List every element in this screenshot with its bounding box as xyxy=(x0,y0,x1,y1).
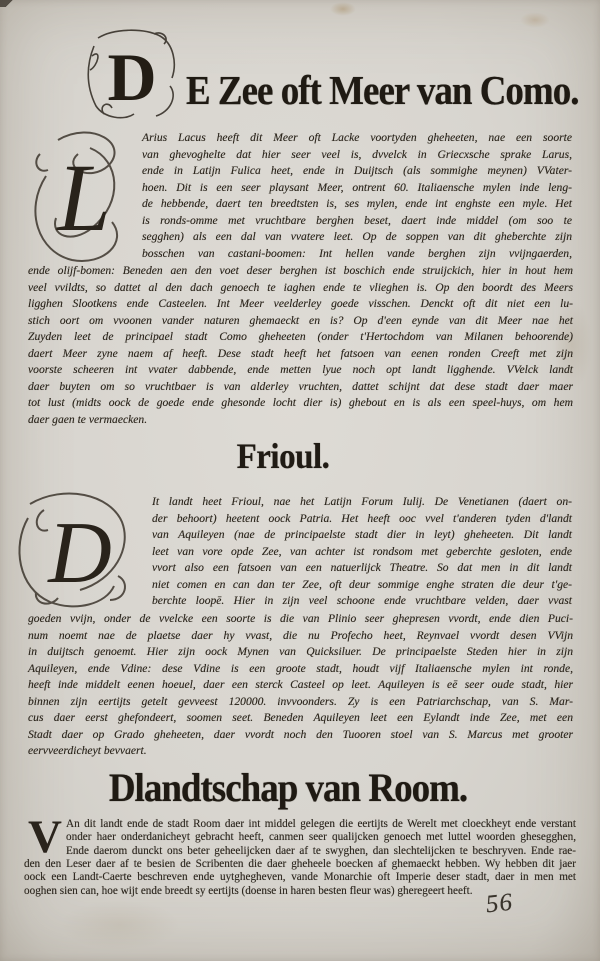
text-line: daer gaen te vermaecken. xyxy=(28,412,573,429)
text-line: ende olijf-bomen: Beneden aen den voet d… xyxy=(28,263,573,280)
text-line: oock een Landt-Caerte beschreven ende uy… xyxy=(24,871,576,884)
text-line: Zuyden leet de principael stadt Como ghe… xyxy=(28,329,573,346)
paper-stain xyxy=(330,2,356,16)
text-line: eervveerdicheyt bevvaert. xyxy=(28,743,573,760)
paragraph-frioul-full: goeden vvijn, onder de vvelcke een soort… xyxy=(28,611,573,760)
text-line: veel vvildts, so dattet al den dach geno… xyxy=(28,280,573,297)
text-line: van ghevoghelte dat hier seer veel is, d… xyxy=(142,147,572,164)
text-line: vvort also een fatsoen van een natuerlij… xyxy=(152,560,572,577)
paper-stain xyxy=(60,900,180,950)
svg-text:L: L xyxy=(55,144,110,251)
paragraph-como-indented: Arius Lacus heeft dit Meer oft Lacke voo… xyxy=(142,130,572,262)
drop-cap-l-icon: L xyxy=(28,126,140,268)
text-line: in duijtsch genoemt. Hier zijn oock Myne… xyxy=(28,644,573,661)
text-line: An dit landt ende de stadt Room daer int… xyxy=(66,818,576,831)
section-como-title: E Zee oft Meer van Como. xyxy=(186,71,579,112)
text-line: daer buyten om so vruchtbaer is van alde… xyxy=(28,379,573,396)
text-line: van Aquileyen (nae de principaelste stad… xyxy=(152,527,572,544)
text-line: onder haer onderdanicheyt gebracht heeft… xyxy=(66,831,576,844)
text-line: hoen. Dit is een seer playsant Meer, ont… xyxy=(142,180,572,197)
text-line: stich oort om vvoonen vander naturen ghe… xyxy=(28,313,573,330)
ornate-initial-d-icon: D xyxy=(84,26,180,122)
section-frioul-title: Frioul. xyxy=(0,439,566,475)
text-line: bosschen van castani-boomen: Int hellen … xyxy=(142,246,572,263)
scan-corner-mark xyxy=(0,0,16,7)
svg-text:D: D xyxy=(107,39,156,115)
svg-text:D: D xyxy=(47,505,112,602)
text-line: voorste scheeren int vvater dabbende, en… xyxy=(28,362,573,379)
text-line: tot lust (midts oock de goede ende gheso… xyxy=(28,395,573,412)
text-line: Ende daerom dunckt ons beter geheelijcke… xyxy=(66,845,576,858)
text-line: binnen zijn eertijts getelt gevveest 120… xyxy=(28,694,573,711)
text-line: segghen) als een dal van vvatere leet. O… xyxy=(142,229,572,246)
text-line: de hebbende, daert ten breedtsten is, se… xyxy=(142,196,572,213)
text-line: Arius Lacus heeft dit Meer oft Lacke voo… xyxy=(142,130,572,147)
section-como-heading: D E Zee oft Meer van Como. xyxy=(84,26,574,122)
paragraph-frioul-indented: It landt heet Frioul, nae het Latijn For… xyxy=(152,494,572,610)
text-line: is ronds-omme met vruchtbare berghen bes… xyxy=(142,213,572,230)
text-line: den den Leser daer af te besien de Scrib… xyxy=(24,858,576,871)
text-line: daert Meer zyne naem af heeft. Dese stad… xyxy=(28,346,573,363)
text-line: der behoort) heetent oock Patria. Het he… xyxy=(152,511,572,528)
section-room-title: Dlandtschap van Room. xyxy=(0,768,576,809)
text-line: ligghen Slootkens ende Casteelen. Int Me… xyxy=(28,296,573,313)
drop-cap-v-icon: V xyxy=(27,817,63,861)
drop-cap-d-icon: D xyxy=(14,488,150,616)
text-line: Stadt daer op Grado gheheeten, daer vvor… xyxy=(28,727,573,744)
page-number: 56 xyxy=(485,889,515,920)
text-line: Aquileyen, ende Vdine: dese Vdine is een… xyxy=(28,661,573,678)
text-line: It landt heet Frioul, nae het Latijn For… xyxy=(152,494,572,511)
text-line: num noemt nae de plaetse daer hy vvast, … xyxy=(28,628,573,645)
paragraph-como-full: ende olijf-bomen: Beneden aen den voet d… xyxy=(28,263,573,428)
text-line: ende in Latijn Fulica heet, ende in Duij… xyxy=(142,163,572,180)
text-line: niet comen en can dan ter Zee, oft deur … xyxy=(152,577,572,594)
text-line: leet van vore opde Zee, van achter ist r… xyxy=(152,544,572,561)
book-page: D E Zee oft Meer van Como. L Arius Lacus… xyxy=(0,0,600,961)
text-line: heeft inde middelt eenen hoeuel, daer ee… xyxy=(28,677,573,694)
text-line: berchte loopē. Hier in zijn veel schoone… xyxy=(152,593,572,610)
text-line: cus daer eerst ghefondeert, soomen seet.… xyxy=(28,710,573,727)
paragraph-room-indented: An dit landt ende de stadt Room daer int… xyxy=(66,818,576,858)
text-line: goeden vvijn, onder de vvelcke een soort… xyxy=(28,611,573,628)
